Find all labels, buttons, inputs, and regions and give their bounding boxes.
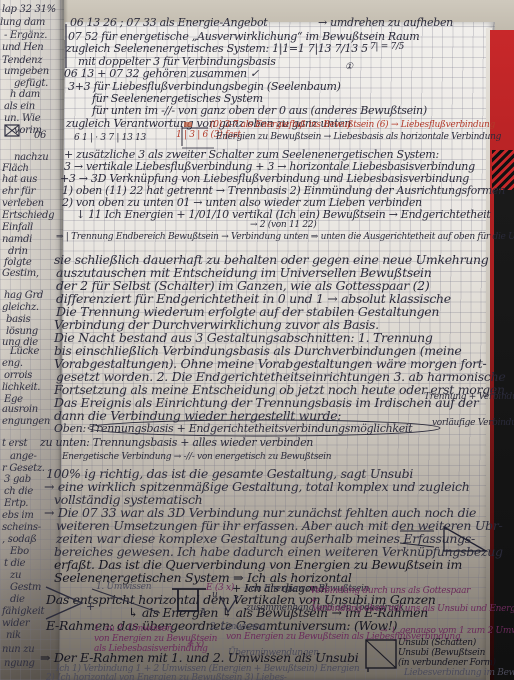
header-line: für unten im -//- von ganz oben der 0 au…	[92, 104, 427, 117]
diagram-note: → ↓ genauso vom 1 zum 2 Umwissen	[380, 626, 514, 636]
header-line: 06 13 + 07 32 gehören zusammen ✓	[64, 67, 259, 80]
left-line: ehr für	[2, 186, 35, 197]
left-line: ausroin	[2, 404, 38, 415]
left-line: namdi	[2, 234, 32, 245]
left-line: Ebo	[10, 546, 29, 557]
body-line: zu unten: Trennungsbasis + alles wieder …	[40, 436, 313, 449]
diagram-note: Verbindung oben mit uns als Unsubi und E…	[312, 604, 514, 614]
diagram-note: (in verbundener Form)	[398, 658, 496, 668]
body-line: ⇒ | Trennung Endbereich Bewußtsein → Ver…	[56, 232, 514, 242]
diagram-note: 2. Umwissen	[210, 622, 265, 632]
triangle-sketch	[440, 525, 490, 555]
left-line: t erst	[2, 438, 27, 449]
left-line: Einfall	[2, 222, 33, 233]
formula-fast: ①	[345, 62, 353, 72]
box-diagonal-sketch	[364, 638, 398, 672]
diagram-note: A	[200, 608, 206, 618]
left-line: scheins-	[2, 522, 41, 533]
left-line: eng.	[2, 358, 23, 369]
left-line: fähigkeit	[2, 606, 44, 617]
left-line: Lücke	[10, 346, 39, 357]
left-line: basis	[6, 314, 30, 325]
left-line: t die	[4, 558, 25, 569]
left-line: und Hen	[2, 42, 43, 53]
left-line: ange-	[10, 451, 37, 462]
left-line: lung dam	[0, 17, 45, 28]
left-line: gefügt.	[14, 78, 48, 89]
left-line: ngung	[4, 658, 35, 669]
diagram-note: 1. Umwissen	[96, 582, 151, 592]
left-line: Fläch	[2, 163, 29, 174]
header-line: 06 13 26 ; 07 33 als Energie-Angebot	[70, 16, 267, 29]
left-line: lichkeit.	[2, 382, 40, 393]
diagram-note: Verbindung durch uns als Gottespaar	[310, 586, 470, 596]
left-line: hag Grd	[4, 290, 43, 301]
left-line: hat aus	[2, 174, 37, 185]
left-line: 3 gab	[4, 474, 31, 485]
left-line: Tendenz	[2, 55, 42, 66]
left-line: Gestm	[10, 582, 41, 593]
left-line: ch die	[4, 486, 33, 497]
side-note-top: → umdrehen zu aufheben	[318, 16, 453, 29]
left-line: verleben	[2, 198, 44, 209]
body-line: Energetische Verbindung → -//- von energ…	[62, 452, 331, 462]
left-line: Ertp.	[4, 498, 28, 509]
body-line: → 2 (von 11 22)	[250, 220, 316, 230]
diagram-note: E (3 x)	[206, 583, 234, 593]
diagram-note: +	[86, 600, 95, 613]
diagram-note: 1. zu 2. Umwissen	[94, 624, 172, 634]
left-line: gleichz.	[2, 302, 39, 313]
footer-line: ⇒ Der E-Rahmen mit 1. und 2. Umwissen al…	[40, 650, 358, 665]
left-line: folgte	[4, 257, 31, 268]
oval-enclosure	[84, 418, 444, 438]
left-line: nik	[6, 630, 21, 641]
left-line: un. Wie	[4, 113, 40, 124]
diagram-note: Liebesverbindung im Bewußtsein	[404, 668, 514, 678]
diagram-note: ≙ x)	[186, 640, 204, 650]
left-line: orrois	[4, 370, 32, 381]
formula-right: 7| = 7/5	[370, 42, 404, 52]
left-line: nachzu	[14, 152, 48, 163]
left-line: nun zu	[2, 644, 34, 655]
left-line: wider	[2, 618, 29, 629]
left-line: h dam	[10, 89, 40, 100]
left-line: 06	[34, 130, 46, 141]
left-line: Gestim,	[2, 268, 39, 279]
left-line: die	[10, 594, 25, 605]
formula-left: 6 1 | · 3 7 | 13 13	[74, 133, 146, 143]
left-line: lösung	[6, 326, 38, 337]
left-line: umgeben	[4, 66, 49, 77]
crossed-box-icon	[4, 124, 24, 138]
footer-line: 2) Ich horizontal von Energien zu Bewußt…	[46, 673, 287, 680]
left-line: , sodaß	[2, 534, 36, 545]
left-line: r Gesetz.	[2, 463, 45, 474]
side-note: Trennung + Verbindungsoption durch Endge…	[424, 392, 514, 402]
left-line: zu	[10, 570, 21, 581]
annotation-red: (0) 3-7 als Energiefluß ins Bewußtsein (…	[210, 120, 495, 130]
diagram-note: Unsubi (Schatten)	[398, 638, 476, 648]
left-line: drin	[8, 246, 28, 257]
annotation-second: Energien zu Bewußtsein → Liebesbasis als…	[216, 132, 501, 142]
left-line: Ertschiedg	[2, 210, 54, 221]
left-line: engungen	[2, 416, 50, 427]
left-line: ebs im	[2, 510, 34, 521]
side-note: vorläufige Verbindungen im Bewußtsein	[432, 418, 514, 428]
diagram-note: Unsubi (Bewußtsein	[398, 648, 485, 658]
notebook-photo: lap 32 31% lung dam - Ergänz. und Hen Te…	[0, 0, 514, 680]
header-line: zugleich Seelenenergetisches System: 1|1…	[66, 42, 368, 55]
left-line: als ein	[4, 101, 35, 112]
left-line: lap 32 31%	[2, 4, 56, 15]
left-line: - Ergänz.	[4, 30, 47, 41]
v-check-sketch	[218, 594, 240, 614]
